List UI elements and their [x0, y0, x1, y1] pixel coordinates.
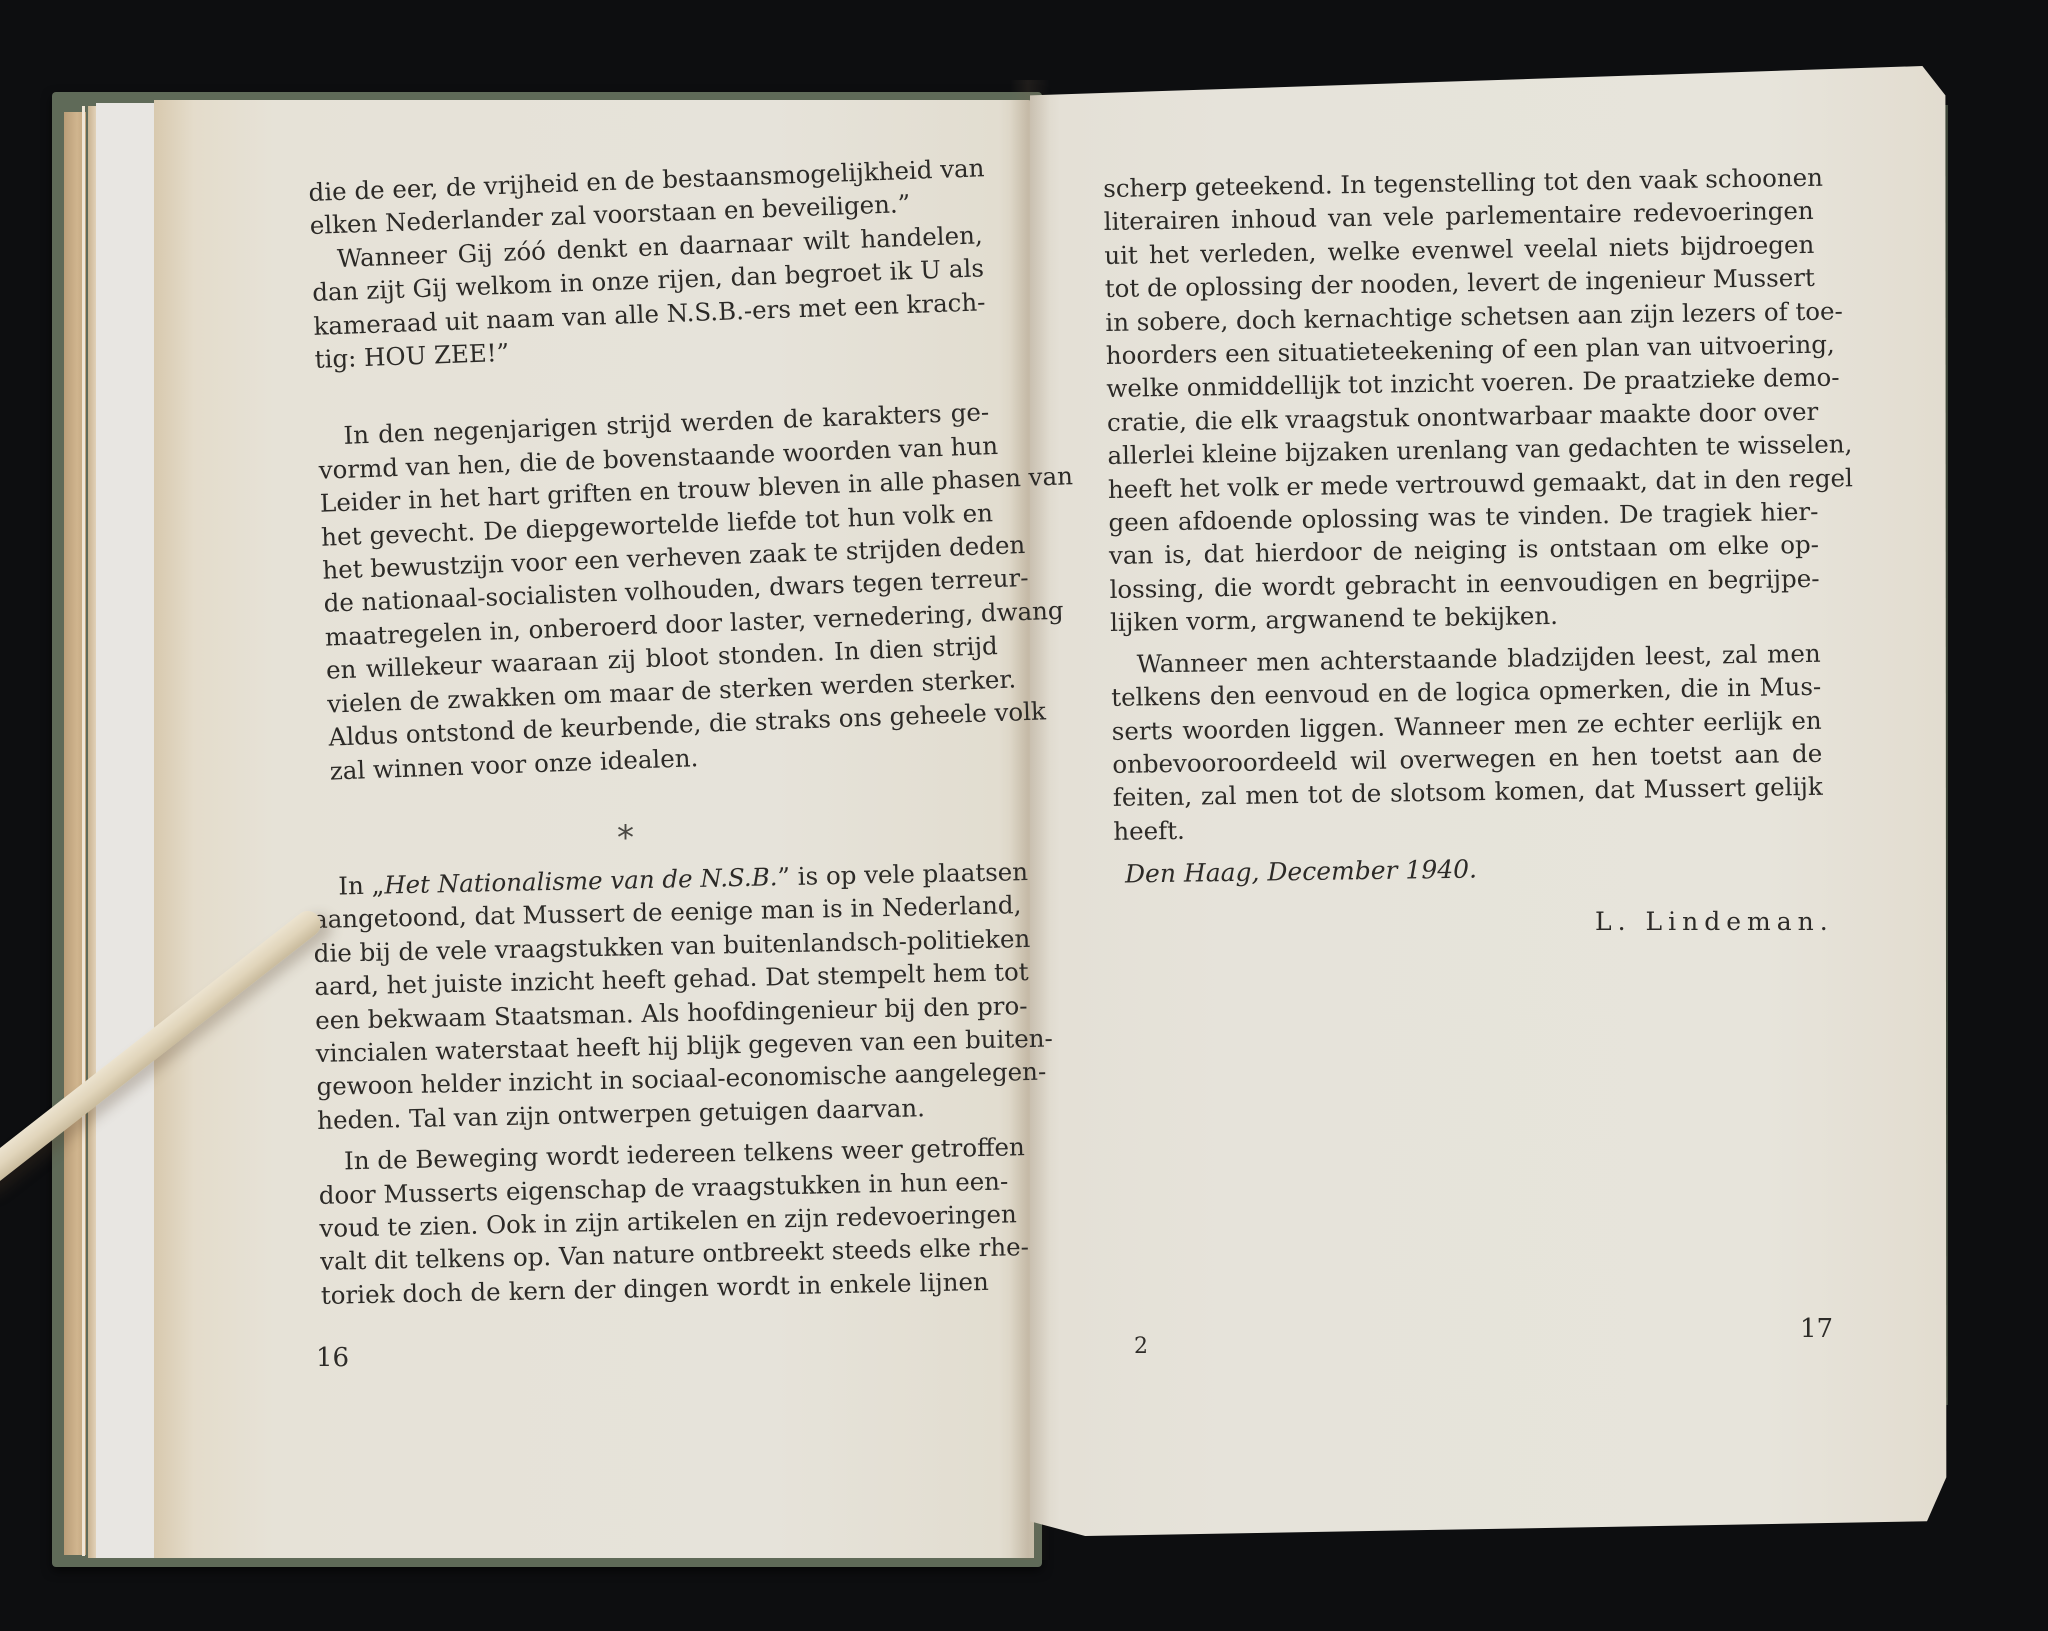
- left-page-upper-text: die de eer, de vrijheid en de bestaansmo…: [308, 151, 1002, 787]
- place-and-date: Den Haag, December 1940.: [1125, 855, 1477, 889]
- page-edge-line: [82, 106, 85, 1556]
- text-fragment: ” is op vele plaatsen: [777, 857, 1028, 891]
- right-page-text: scherp geteekend. In tegenstelling tot d…: [1103, 161, 1824, 848]
- flyleaf-strip: [96, 103, 154, 1558]
- paragraph: In de Beweging wordt iedereen telkens we…: [318, 1131, 989, 1312]
- page-edge-line: [88, 106, 96, 1558]
- paragraph: scherp geteekend. In tegenstelling tot d…: [1103, 161, 1820, 640]
- left-page-lower-text: In „Het Nationalisme van de N.S.B.” is o…: [312, 856, 989, 1312]
- section-separator-asterisk: *: [617, 818, 634, 858]
- page-number-right: 17: [1800, 1314, 1833, 1344]
- printer-signature-mark: 2: [1134, 1334, 1148, 1359]
- paragraph: die de eer, de vrijheid en de bestaansmo…: [308, 151, 987, 376]
- book-gutter: [1010, 80, 1050, 1560]
- paragraph: Wanneer men achterstaande bladzijden lee…: [1110, 636, 1823, 848]
- paragraph: In den negenjarigen strijd werden de kar…: [317, 396, 1002, 788]
- paragraph: In „Het Nationalisme van de N.S.B.” is o…: [312, 856, 985, 1137]
- author-signature: L. Lindeman.: [1595, 907, 1834, 936]
- open-book: die de eer, de vrijheid en de bestaansmo…: [0, 0, 2048, 1631]
- page-number-left: 16: [316, 1343, 349, 1373]
- quote-open: In „: [338, 870, 385, 900]
